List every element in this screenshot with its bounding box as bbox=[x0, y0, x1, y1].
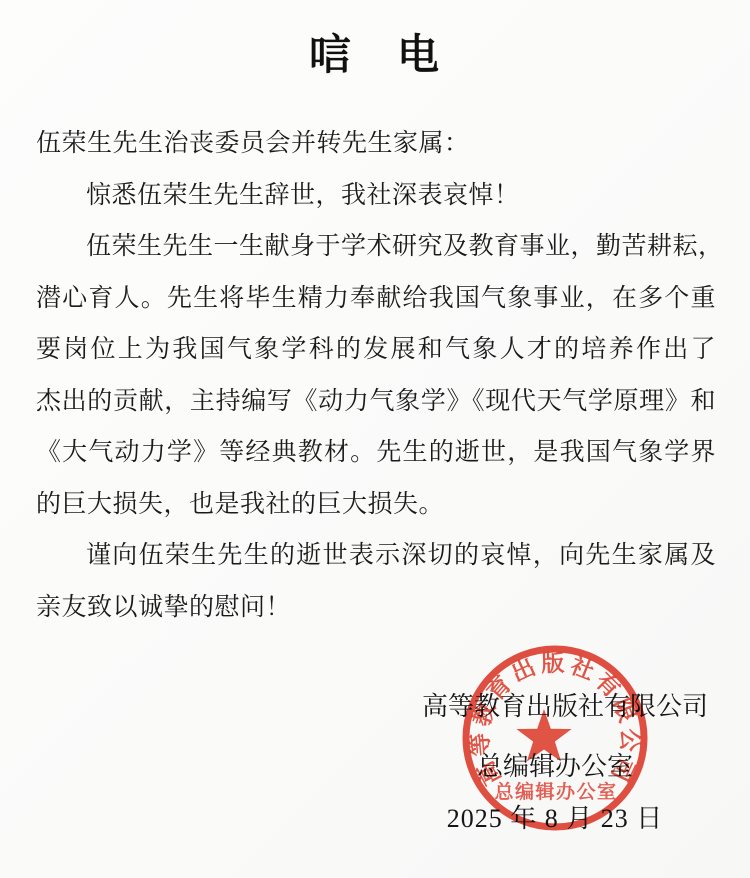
body-line-10: 亲友致以诚挚的慰问！ bbox=[36, 582, 716, 634]
body-line-3: 伍荣生先生一生献身于学术研究及教育事业，勤苦耕耘， bbox=[36, 221, 716, 273]
signature-department: 总编辑办公室 bbox=[380, 751, 730, 783]
body-line-6: 杰出的贡献，主持编写《动力气象学》《现代天气学原理》和 bbox=[36, 376, 716, 428]
body-line-7: 《大气动力学》等经典教材。先生的逝世，是我国气象学界 bbox=[36, 427, 716, 479]
body-line-5: 要岗位上为我国气象学科的发展和气象人才的培养作出了 bbox=[36, 324, 716, 376]
letter-body: 伍荣生先生治丧委员会并转先生家属： 惊悉伍荣生先生辞世，我社深表哀悼！ 伍荣生先… bbox=[36, 118, 716, 633]
salutation-line: 伍荣生先生治丧委员会并转先生家属： bbox=[36, 118, 716, 170]
signature-company: 高等教育出版社有限公司 bbox=[390, 691, 740, 723]
body-line-8: 的巨大损失，也是我社的巨大损失。 bbox=[36, 479, 716, 531]
document-title: 唁 电 bbox=[0, 32, 750, 78]
body-line-9: 谨向伍荣生先生的逝世表示深切的哀悼，向先生家属及 bbox=[36, 530, 716, 582]
document-title-text: 唁 电 bbox=[309, 31, 441, 78]
seal-inner-text: 总编辑办公室 bbox=[494, 780, 617, 803]
seal-ring bbox=[466, 649, 644, 827]
signature-date: 2025 年 8 月 23 日 bbox=[380, 803, 730, 835]
scanned-condolence-letter: 唁 电 伍荣生先生治丧委员会并转先生家属： 惊悉伍荣生先生辞世，我社深表哀悼！ … bbox=[0, 0, 750, 878]
body-line-2: 惊悉伍荣生先生辞世，我社深表哀悼！ bbox=[36, 170, 716, 222]
body-line-4: 潜心育人。先生将毕生精力奉献给我国气象事业，在多个重 bbox=[36, 273, 716, 325]
